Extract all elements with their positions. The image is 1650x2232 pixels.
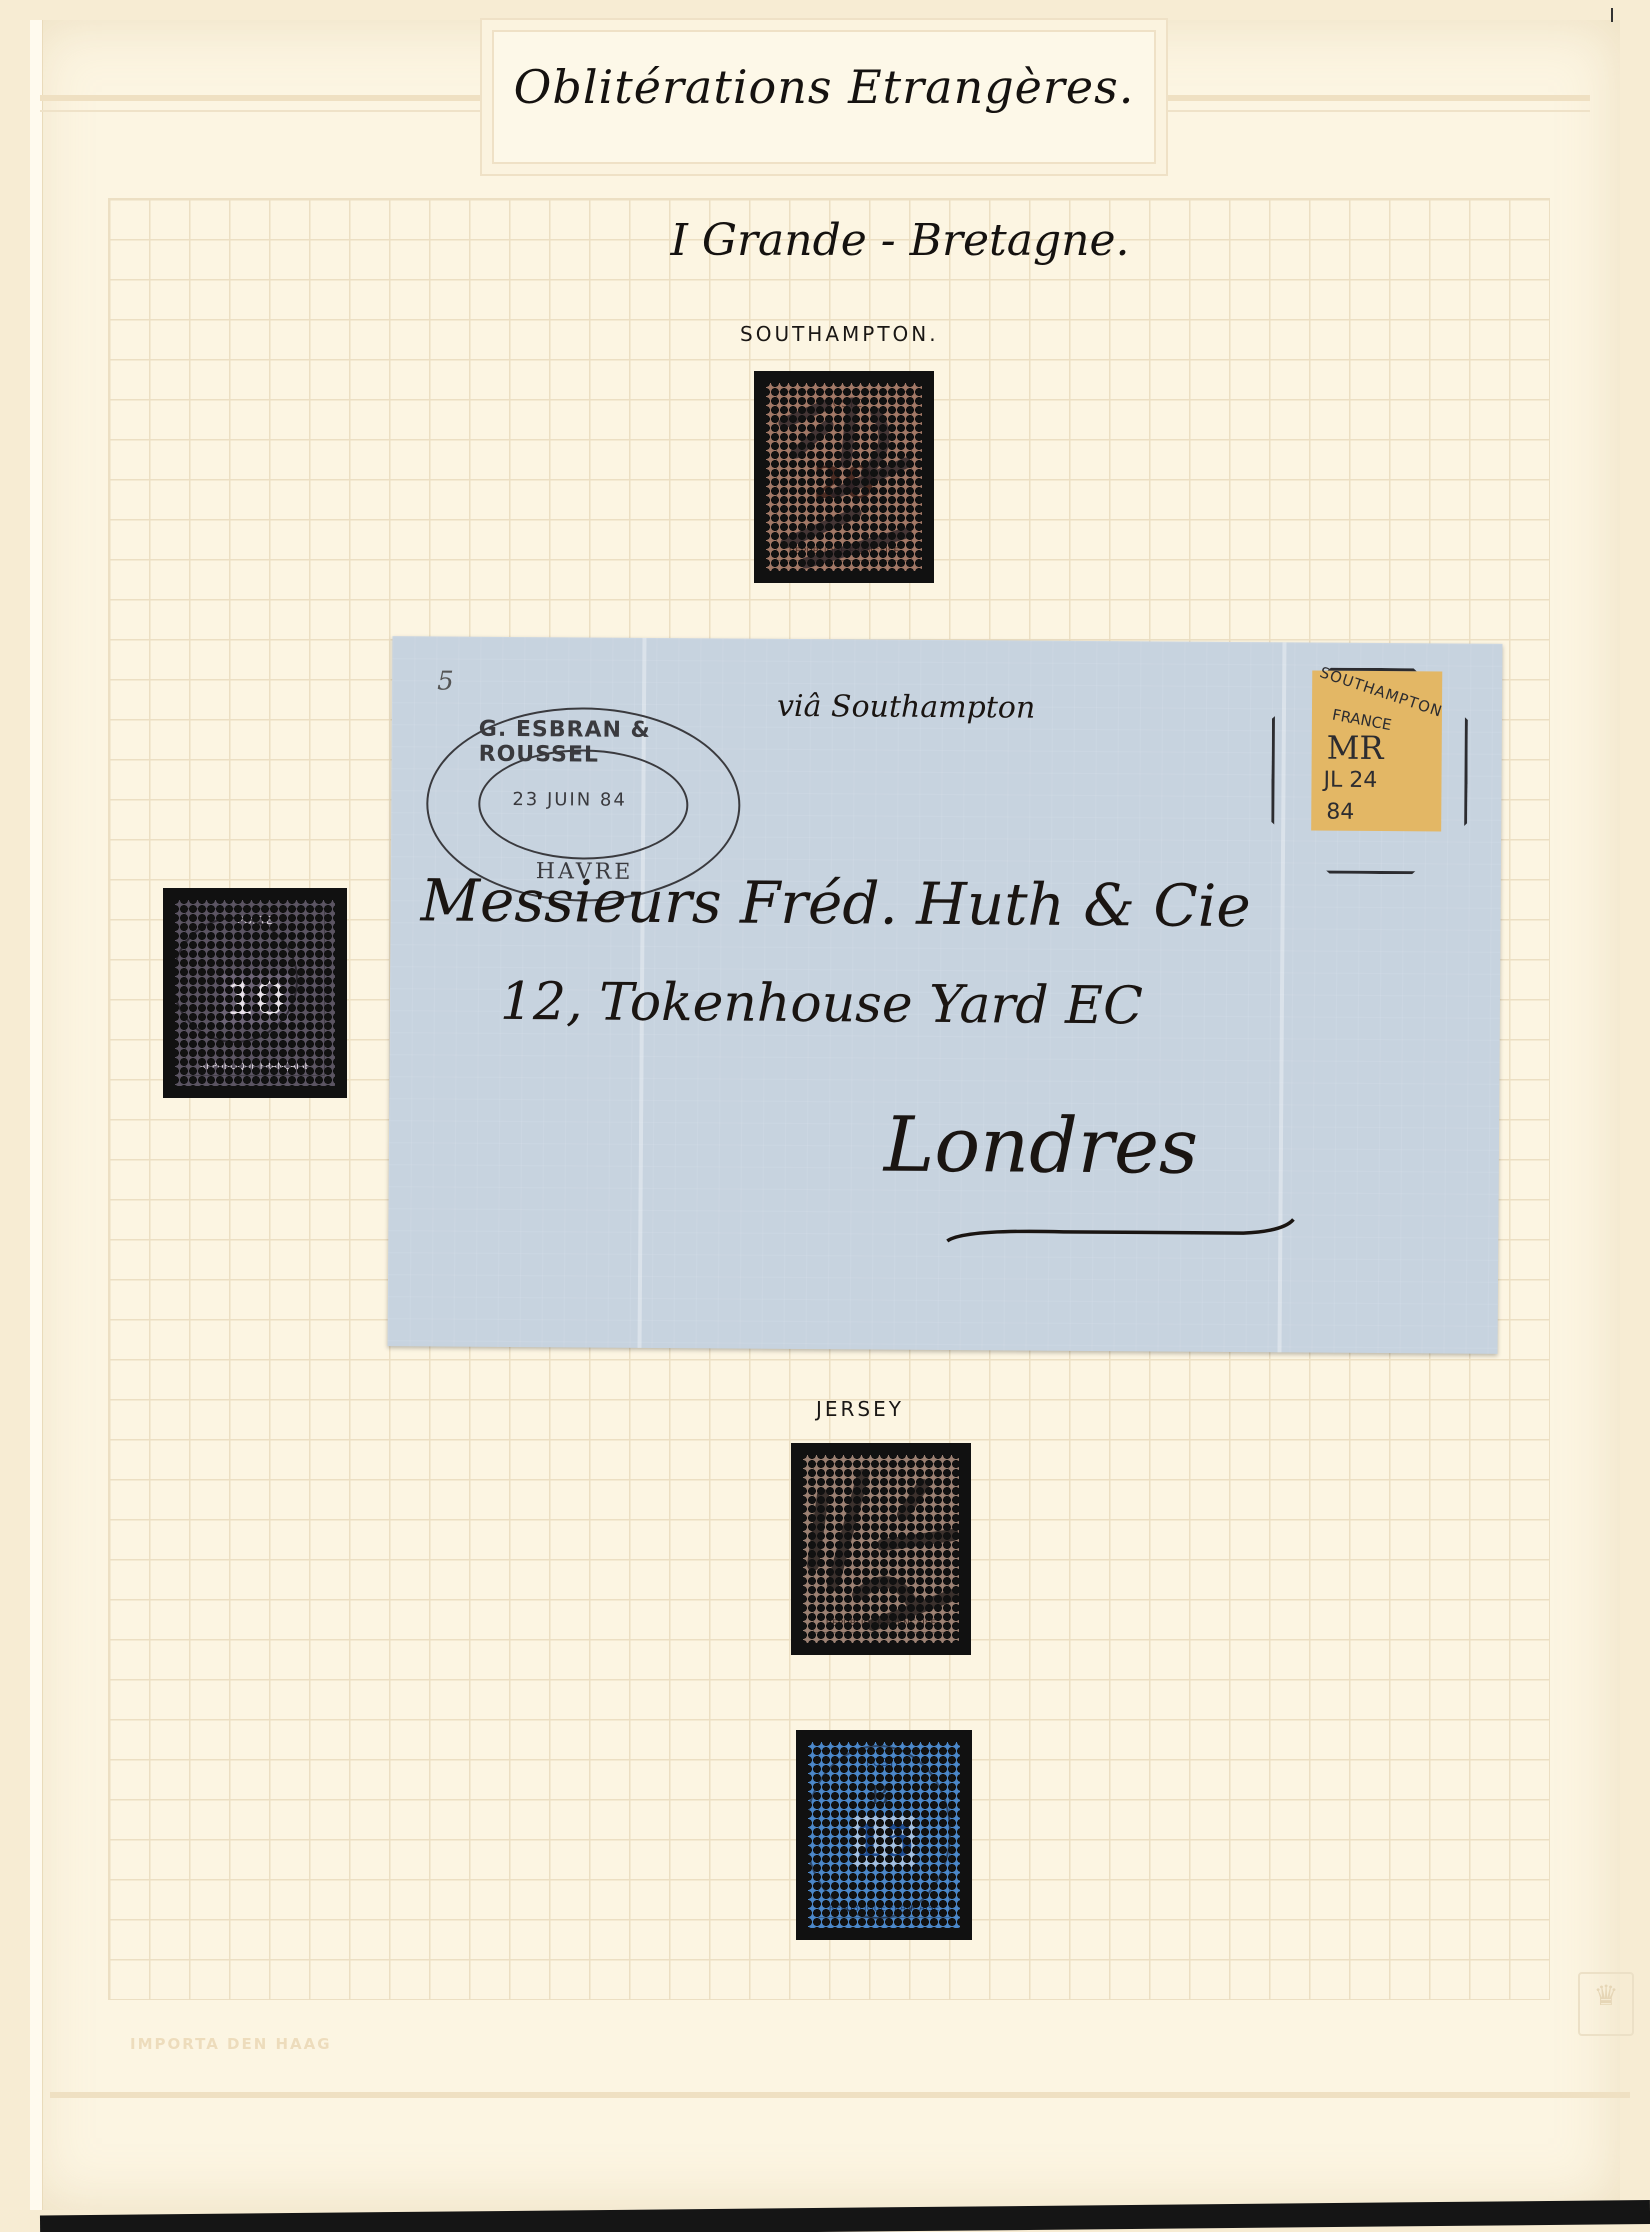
stamp-jersey-brown[interactable]: REPUBLIQUE FRANÇAISE [803,1455,959,1643]
routing-instruction: viâ Southampton [777,689,1036,726]
stamp-mount[interactable]: POSTE 15 REPUBLIQUE FRANÇAISE B [796,1730,972,1940]
section-heading: I Grande - Bretagne. [600,215,1200,266]
stamp-10c[interactable]: POSTE 10 REPUBLIQUE FRANÇAISE [175,900,335,1086]
address-city: Londres [884,1100,1199,1191]
stamp-mount[interactable]: POSTE 10 REPUBLIQUE FRANÇAISE [163,888,347,1098]
postal-cover[interactable]: 5 G. ESBRAN & ROUSSEL 23 JUIN 84 HAVRE v… [388,636,1503,1354]
title-plate: Oblitérations Etrangères. [492,30,1156,164]
underline-flourish [943,1215,1303,1248]
album-imprint: IMPORTA DEN HAAG [130,2035,332,2053]
numeral-cancel-icon [766,383,922,571]
crown-icon: ♛ [1578,1972,1634,2036]
label-jersey: JERSEY [816,1397,904,1421]
numeral-cancel-icon [803,1455,959,1643]
footer-rule [50,2092,1630,2098]
date-cancel-icon: B [808,1742,960,1928]
address-line-2: 12, Tokenhouse Yard EC [500,972,1143,1036]
circular-cancel-icon [175,900,335,1086]
stamp-mount[interactable]: POSTE 20 REPUBLIQUE FRANÇAISE [754,371,934,583]
stamp-20c[interactable]: POSTE 20 REPUBLIQUE FRANÇAISE [766,383,922,571]
address-line-1: Messieurs Fréd. Huth & Cie [420,866,1251,940]
scan-mark [1611,8,1613,22]
page-edge [30,20,43,2210]
stamp-mount[interactable]: REPUBLIQUE FRANÇAISE [791,1443,971,1655]
stamp-15c[interactable]: POSTE 15 REPUBLIQUE FRANÇAISE B [808,1742,960,1928]
svg-text:B: B [870,1781,889,1811]
page-title: Oblitérations Etrangères. [494,60,1154,114]
label-southampton: SOUTHAMPTON. [740,322,939,346]
